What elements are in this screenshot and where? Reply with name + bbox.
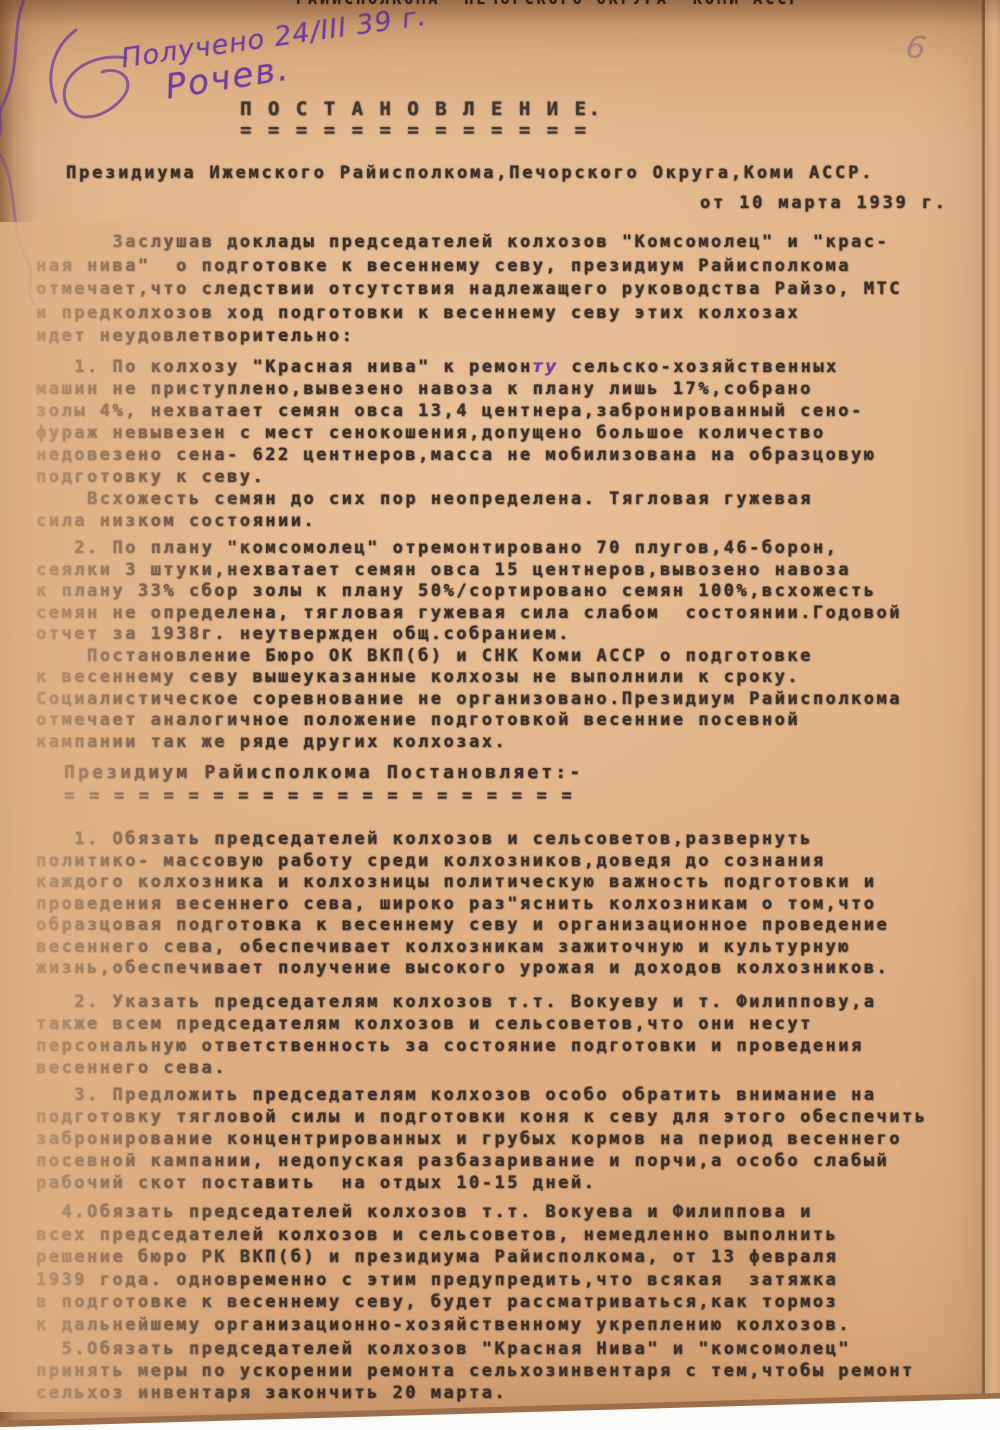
issuing-body-line: Президиума Ижемского Райисполкома,Печорс… — [66, 163, 874, 183]
page-number: 6 — [903, 29, 928, 68]
scan-background: РАЙИСПОЛКОМА ПЕЧОРСКОГО ОКРУГА КОМИ АССР… — [0, 0, 1000, 1430]
top-cut-header-line: РАЙИСПОЛКОМА ПЕЧОРСКОГО ОКРУГА КОМИ АССР — [296, 0, 801, 8]
document-page: РАЙИСПОЛКОМА ПЕЧОРСКОГО ОКРУГА КОМИ АССР… — [0, 0, 1000, 1430]
handwritten-correction: ту — [533, 357, 559, 377]
document-title: П О С Т А Н О В Л Е Н И Е. — [240, 98, 602, 120]
date-line: от 10 марта 1939 г. — [700, 193, 948, 213]
document-title-underline: = = = = = = = = = = = = = — [240, 119, 588, 141]
worn-left-fade — [0, 222, 270, 1412]
next-page-edge — [985, 0, 1000, 1396]
